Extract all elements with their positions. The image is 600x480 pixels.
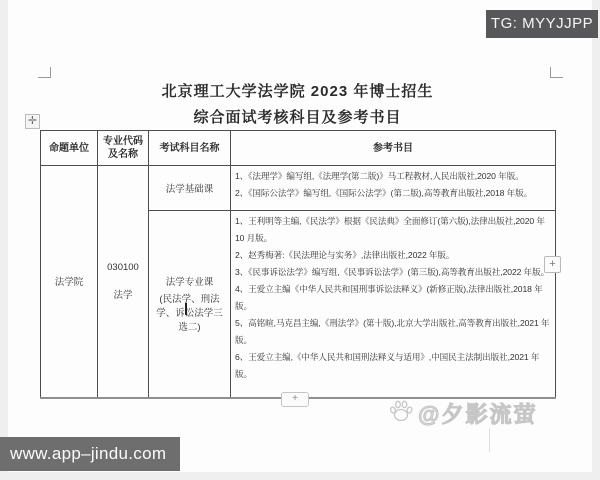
reference-item: 6、王爱立主编,《中华人民共和国刑法释义与适用》,中国民主法制出版社,2021 … (235, 349, 551, 383)
subject-pro-note: (民法学、刑法学、诉讼法学三选二) (153, 291, 226, 333)
watermark-text: @夕影流萤 (418, 398, 537, 429)
references-cell-basic[interactable]: 1、《法理学》编写组,《法理学(第二版)》马工程教材,人民出版社,2020 年版… (231, 166, 556, 211)
watermark: @夕影流萤 (388, 398, 537, 428)
site-url-badge: www.app–jindu.com (0, 437, 180, 471)
reference-item: 1、《法理学》编写组,《法理学(第二版)》马工程教材,人民出版社,2020 年版… (235, 168, 551, 185)
document-title-line2: 综合面试考核科目及参考书目 (40, 106, 555, 127)
subject-basic-label: 法学基础课 (166, 184, 214, 195)
reference-item: 4、王爱立主编《中华人民共和国刑事诉讼法释义》(新修正版),法律出版社,2018… (235, 281, 551, 315)
reference-item: 2、赵秀梅著:《民法理论与实务》,法律出版社,2022 年版。 (235, 247, 551, 264)
reference-item: 2、《国际公法学》编写组,《国际公法学》(第二版),高等教育出版社,2018 年… (235, 185, 551, 202)
header-unit: 命题单位 (41, 131, 98, 166)
margin-corner-mark-top-right (550, 67, 563, 78)
table-header-row: 命题单位 专业代码及名称 考试科目名称 参考书目 (41, 131, 556, 166)
unit-cell[interactable]: 法学院 (41, 166, 98, 398)
screenshot-root: 北京理工大学法学院 2023 年博士招生 综合面试考核科目及参考书目 ✛ 命题单… (0, 0, 600, 480)
subject-cell-basic[interactable]: 法学基础课 (149, 166, 231, 211)
document-title-line1: 北京理工大学法学院 2023 年博士招生 (40, 80, 555, 101)
major-code: 030100 (102, 262, 144, 273)
header-references: 参考书目 (231, 131, 556, 166)
references-cell-pro[interactable]: 1、王利明等主编,《民法学》根据《民法典》全面修订(第六版),法律出版社,202… (231, 211, 556, 398)
table-row: 法学院 030100 法学 法学基础课 1、《法理学》编写组,《法理学(第二版)… (41, 166, 556, 211)
header-subject: 考试科目名称 (149, 131, 231, 166)
major-cell[interactable]: 030100 法学 (98, 166, 149, 398)
reference-item: 5、高铭暄,马克昌主编,《刑法学》(第十版),北京大学出版社,高等教育出版社,2… (235, 315, 551, 349)
table-move-handle-icon[interactable]: ✛ (25, 114, 40, 129)
add-row-button[interactable]: + (281, 392, 309, 407)
reference-item: 3、《民事诉讼法学》编写组,《民事诉讼法学》(第三版),高等教育出版社,2022… (235, 264, 551, 281)
major-name: 法学 (102, 287, 144, 301)
text-cursor (185, 303, 187, 315)
unit-name: 法学院 (55, 277, 84, 288)
plus-icon: + (549, 258, 555, 270)
exam-subjects-table: 命题单位 专业代码及名称 考试科目名称 参考书目 法学院 030100 法学 法… (40, 130, 556, 399)
plus-icon: + (292, 393, 298, 404)
header-major-code: 专业代码及名称 (98, 131, 149, 166)
margin-corner-mark-top-left (38, 67, 51, 78)
subject-cell-pro[interactable]: 法学专业课 (民法学、刑法学、诉讼法学三选二) (149, 211, 231, 398)
tg-badge: TG: MYYJJPP (486, 10, 598, 38)
subject-pro-label: 法学专业课 (153, 274, 226, 288)
baidu-paw-icon (388, 398, 414, 429)
reference-item: 1、王利明等主编,《民法学》根据《民法典》全面修订(第六版),法律出版社,202… (235, 213, 551, 247)
add-column-button[interactable]: + (544, 256, 561, 273)
watermark-artifact-line (489, 428, 490, 452)
